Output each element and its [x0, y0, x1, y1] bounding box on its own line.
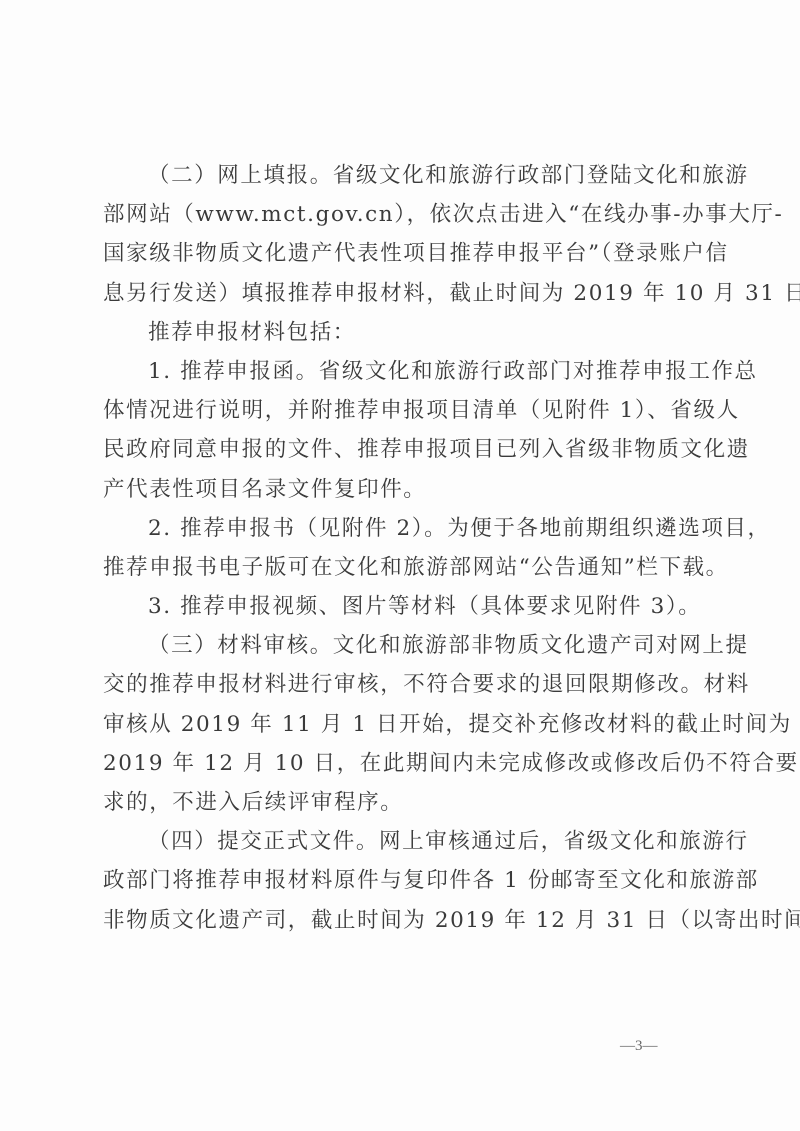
text-line: 体情况进行说明，并附推荐申报项目清单（见附件 1）、省级人: [103, 391, 697, 430]
text-line: 2. 推荐申报书（见附件 2）。为便于各地前期组织遴选项目，: [103, 509, 697, 548]
text-line: 国家级非物质文化遗产代表性项目推荐申报平台”（登录账户信: [103, 234, 697, 273]
text-line: 1. 推荐申报函。省级文化和旅游行政部门对推荐申报工作总: [103, 352, 697, 391]
text-line: 交的推荐申报材料进行审核，不符合要求的退回限期修改。材料: [103, 665, 697, 704]
text-line: 审核从 2019 年 11 月 1 日开始，提交补充修改材料的截止时间为: [103, 705, 697, 744]
text-line: 政部门将推荐申报材料原件与复印件各 1 份邮寄至文化和旅游部: [103, 861, 697, 900]
text-line: 求的，不进入后续评审程序。: [103, 783, 697, 822]
body-text: （二）网上填报。省级文化和旅游行政部门登陆文化和旅游 部网站（www.mct.g…: [103, 156, 697, 940]
text-line: （二）网上填报。省级文化和旅游行政部门登陆文化和旅游: [103, 156, 697, 195]
text-line: 民政府同意申报的文件、推荐申报项目已列入省级非物质文化遗: [103, 430, 697, 469]
text-line: 息另行发送）填报推荐申报材料，截止时间为 2019 年 10 月 31 日。: [103, 274, 697, 313]
text-line: 推荐申报材料包括：: [103, 313, 697, 352]
text-line: 2019 年 12 月 10 日，在此期间内未完成修改或修改后仍不符合要: [103, 744, 697, 783]
text-line: 部网站（www.mct.gov.cn），依次点击进入“在线办事-办事大厅-: [103, 195, 697, 234]
text-line: 3. 推荐申报视频、图片等材料（具体要求见附件 3）。: [103, 587, 697, 626]
document-page: （二）网上填报。省级文化和旅游行政部门登陆文化和旅游 部网站（www.mct.g…: [0, 0, 800, 1131]
text-line: 非物质文化遗产司，截止时间为 2019 年 12 月 31 日（以寄出时间: [103, 901, 697, 940]
page-number: —3—: [620, 1038, 658, 1055]
text-line: 产代表性项目名录文件复印件。: [103, 470, 697, 509]
text-line: （三）材料审核。文化和旅游部非物质文化遗产司对网上提: [103, 626, 697, 665]
text-line: 推荐申报书电子版可在文化和旅游部网站“公告通知”栏下载。: [103, 548, 697, 587]
text-line: （四）提交正式文件。网上审核通过后，省级文化和旅游行: [103, 822, 697, 861]
